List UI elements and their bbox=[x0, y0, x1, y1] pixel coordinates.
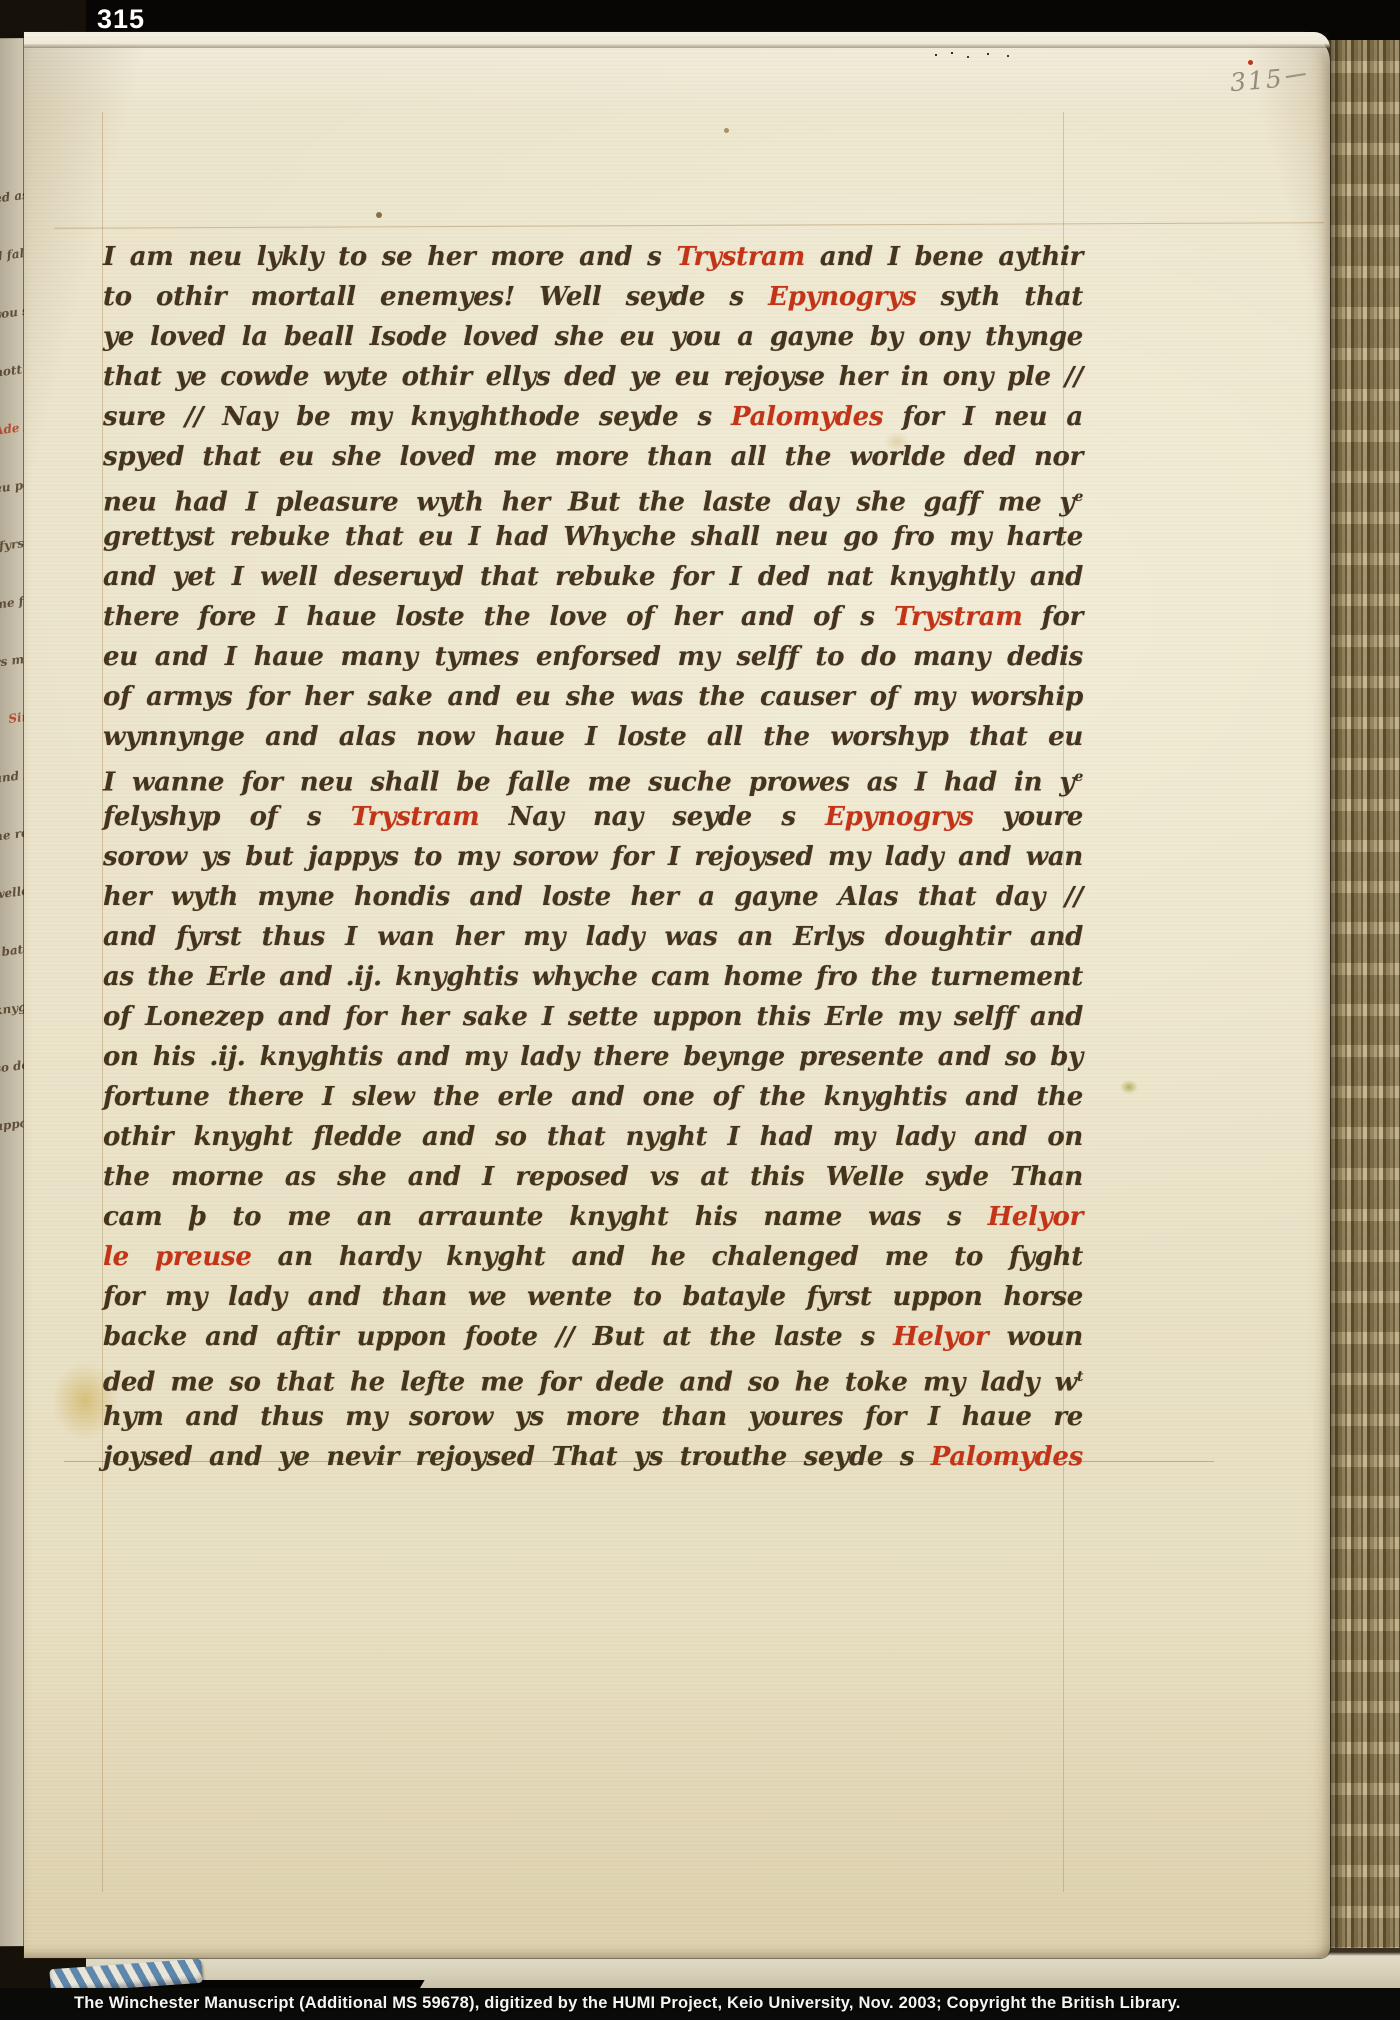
ink-specks bbox=[930, 50, 1016, 60]
manuscript-line: ye loved la beall Isode loved she eu you… bbox=[103, 318, 1083, 358]
rubricated-name: Epynogrys bbox=[768, 282, 916, 312]
manuscript-line: spyed that eu she loved me more than all… bbox=[103, 438, 1083, 478]
manuscript-line: for my lady and than we wente to batayle… bbox=[103, 1278, 1083, 1318]
manuscript-line: of armys for her sake and eu she was the… bbox=[103, 678, 1083, 718]
manuscript-line: eu and I haue many tymes enforsed my sel… bbox=[103, 638, 1083, 678]
manuscript-line: wynnynge and alas now haue I loste all t… bbox=[103, 718, 1083, 758]
manuscript-line: and yet I well deseruyd that rebuke for … bbox=[103, 558, 1083, 598]
caption-bar: The Winchester Manuscript (Additional MS… bbox=[0, 1988, 1400, 2020]
manuscript-line: sure // Nay be my knyghthode seyde s Pal… bbox=[103, 398, 1083, 438]
book-fore-edge-pages bbox=[1326, 6, 1400, 1984]
manuscript-line: I wanne for neu shall be falle me suche … bbox=[103, 758, 1083, 798]
manuscript-line: as the Erle and .ij. knyghtis whyche cam… bbox=[103, 958, 1083, 998]
manuscript-line: and fyrst thus I wan her my lady was an … bbox=[103, 918, 1083, 958]
manuscript-line: of Lonezep and for her sake I sette uppo… bbox=[103, 998, 1083, 1038]
manuscript-line: fortune there I slew the erle and one of… bbox=[103, 1078, 1083, 1118]
folio-number-pencil: 315 bbox=[1229, 64, 1285, 98]
manuscript-page: 315 I am neu lykly to se her more and s … bbox=[24, 32, 1330, 1958]
rubricated-name: Helyor bbox=[988, 1202, 1083, 1232]
rubricated-name: Epynogrys bbox=[825, 802, 973, 832]
rubricated-name: Trystram bbox=[351, 802, 480, 832]
rubricated-name: Trystram bbox=[676, 242, 805, 272]
manuscript-line: cam þ to me an arraunte knyght his name … bbox=[103, 1198, 1083, 1238]
parchment-stain bbox=[1120, 1080, 1138, 1094]
manuscript-line: felyshyp of s Trystram Nay nay seyde s E… bbox=[103, 798, 1083, 838]
manuscript-line: joysed and ye nevir rejoysed That ys tro… bbox=[103, 1438, 1083, 1478]
manuscript-line: that ye cowde wyte othir ellys ded ye eu… bbox=[103, 358, 1083, 398]
manuscript-line: backe and aftir uppon foote // But at th… bbox=[103, 1318, 1083, 1358]
rubricated-name: le preuse bbox=[103, 1242, 252, 1272]
manuscript-text: I am neu lykly to se her more and s Trys… bbox=[103, 238, 1083, 1478]
manuscript-line: to othir mortall enemyes! Well seyde s E… bbox=[103, 278, 1083, 318]
manuscript-line: ded me so that he lefte me for dede and … bbox=[103, 1358, 1083, 1398]
manuscript-line: le preuse an hardy knyght and he chaleng… bbox=[103, 1238, 1083, 1278]
manuscript-viewer: ed as ye mord falered hyryou so lat me h… bbox=[0, 0, 1400, 2020]
manuscript-line: sorow ys but jappys to my sorow for I re… bbox=[103, 838, 1083, 878]
rubricated-name: Palomydes bbox=[731, 402, 883, 432]
caption-text: The Winchester Manuscript (Additional MS… bbox=[74, 1988, 1394, 2018]
manuscript-line: grettyst rebuke that eu I had Whyche sha… bbox=[103, 518, 1083, 558]
rubricated-name: Helyor bbox=[893, 1322, 988, 1352]
manuscript-line: her wyth myne hondis and loste her a gay… bbox=[103, 878, 1083, 918]
manuscript-line: neu had I pleasure wyth her But the last… bbox=[103, 478, 1083, 518]
manuscript-line: I am neu lykly to se her more and s Trys… bbox=[103, 238, 1083, 278]
rubricated-name: Palomydes bbox=[931, 1442, 1083, 1472]
manuscript-line: on his .ij. knyghtis and my lady there b… bbox=[103, 1038, 1083, 1078]
manuscript-line: there fore I haue loste the love of her … bbox=[103, 598, 1083, 638]
manuscript-line: hym and thus my sorow ys more than youre… bbox=[103, 1398, 1083, 1438]
ink-speck bbox=[724, 128, 729, 133]
red-speck bbox=[1248, 60, 1253, 65]
manuscript-line: othir knyght fledde and so that nyght I … bbox=[103, 1118, 1083, 1158]
rubricated-name: Trystram bbox=[894, 602, 1023, 632]
manuscript-line: the morne as she and I reposed vs at thi… bbox=[103, 1158, 1083, 1198]
folio-number-printed: 315 bbox=[97, 4, 145, 35]
ink-speck bbox=[376, 212, 382, 218]
ruled-line-top bbox=[54, 222, 1324, 229]
